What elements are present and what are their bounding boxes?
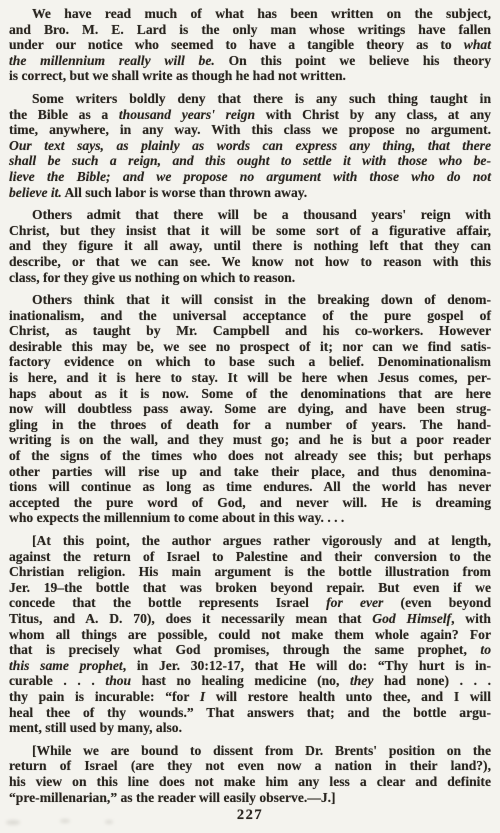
text-line: whom all things are possible, could not … [9,627,491,643]
text-segment: is here, and it is here to stay. It will… [9,370,491,385]
page-body: We have read much of what has been writt… [9,6,491,805]
paragraph: Others think that it will consist in the… [9,292,491,526]
text-segment: (even beyond [383,595,491,610]
scan-smudge [105,820,113,824]
text-segment: that is precisely what God promises, thr… [9,642,480,657]
text-line: Titus, and A. D. 70), does it necessaril… [9,611,491,627]
text-segment: tions will continue as long as time endu… [9,479,491,494]
scanned-book-page: We have read much of what has been writt… [0,0,500,833]
text-line: haps about as it is now. Some of the den… [9,386,491,402]
text-segment: class, for they give us nothing on which… [9,270,295,285]
text-segment: gling in the throes of death for a numbe… [9,417,491,432]
text-segment: concede that the bottle represents Israe… [9,595,326,610]
text-line: Christ, as taught by Mr. Campbell and hi… [9,323,491,339]
text-line: heal thee of thy wounds.” That answers t… [9,705,491,721]
text-segment: whom all things are possible, could not … [9,627,491,642]
text-line: Our text says, as plainly as words can e… [9,138,491,154]
text-segment: [At this point, the author argues rather… [32,533,491,548]
text-line: curable . . . thou hast no healing medic… [9,673,491,689]
text-line: Christian religion. His main argument is… [9,564,491,580]
paragraph: Others admit that there will be a thousa… [9,207,491,285]
text-segment: Some writers boldly deny that there is a… [32,91,491,106]
text-line: that is precisely what God promises, thr… [9,642,491,658]
text-segment: Jer. 19–the bottle that was broken beyon… [9,580,491,595]
text-line: his view on this line does not make him … [9,774,491,790]
text-segment: is correct, but we shall write as though… [9,68,346,83]
text-line: against the return of Israel to Palestin… [9,549,491,565]
text-line: “pre-millenarian,” as the reader will ea… [9,790,491,806]
text-line: Christ, but they insist that it will be … [9,223,491,239]
text-segment: All such labor is worse than thrown away… [62,185,307,200]
text-line: Jer. 19–the bottle that was broken beyon… [9,580,491,596]
text-segment: , in Jer. 30:12-17, that He will do: “Th… [123,658,491,673]
italic-text-segment: God Himself [372,611,451,626]
text-segment: under our notice who seemed to have a ta… [9,37,464,52]
text-line: We have read much of what has been writt… [9,6,491,22]
text-line: time, anywhere, in any way. With this cl… [9,122,491,138]
text-line: and Bro. M. E. Lard is the only man whos… [9,22,491,38]
paragraph: [At this point, the author argues rather… [9,533,491,736]
text-segment: desirable this may be, we see no prospec… [9,339,491,354]
text-line: who expects the millennium to come about… [9,510,491,526]
text-segment: and Bro. M. E. Lard is the only man whos… [9,22,491,37]
text-segment: haps about as it is now. Some of the den… [9,386,491,401]
text-segment: time, anywhere, in any way. With this cl… [9,122,491,137]
text-segment: hast no healing medicine (no, [131,673,350,688]
text-line: is correct, but we shall write as though… [9,68,491,84]
text-line: inationalism, and the universal acceptan… [9,308,491,324]
italic-text-segment: what [464,37,491,52]
paragraph: We have read much of what has been writt… [9,6,491,84]
text-line: tions will continue as long as time endu… [9,479,491,495]
italic-text-segment: they [350,673,373,688]
text-segment: and they figure it all away, until there… [9,238,491,253]
scan-smudge [6,820,20,825]
text-line: lieve the Bible; and we propose no argum… [9,169,491,185]
text-line: now will doubtless pass away. Some are d… [9,401,491,417]
page-number: 227 [9,808,491,824]
text-line: ment, still used by many, also. [9,720,491,736]
text-line: of the signs of the times who does not a… [9,448,491,464]
text-segment: describe, or that we can see. We know no… [9,254,491,269]
text-segment: inationalism, and the universal acceptan… [9,308,491,323]
text-line: factory evidence on which to base such a… [9,354,491,370]
text-line: gling in the throes of death for a numbe… [9,417,491,433]
text-segment: will restore health unto thee, and I wil… [205,689,491,704]
text-line: and they figure it all away, until there… [9,238,491,254]
text-line: the Bible as a thousand years' reign wit… [9,107,491,123]
text-line: under our notice who seemed to have a ta… [9,37,491,53]
text-segment: On this point we believe his theory [215,53,491,68]
text-line: Others think that it will consist in the… [9,292,491,308]
text-line: this same prophet, in Jer. 30:12-17, tha… [9,658,491,674]
text-line: describe, or that we can see. We know no… [9,254,491,270]
text-segment: other parties will rise up and take thei… [9,464,491,479]
text-segment: “pre-millenarian,” as the reader will ea… [9,790,336,805]
text-segment: return of Israel (are they not even now … [9,758,491,773]
text-line: class, for they give us nothing on which… [9,270,491,286]
text-segment: his view on this line does not make him … [9,774,491,789]
text-line: thy pain is incurable: “for I will resto… [9,689,491,705]
text-segment: curable . . . [9,673,105,688]
italic-text-segment: thou [105,673,131,688]
text-line: the millennium really will be. On this p… [9,53,491,69]
text-segment: Others think that it will consist in the… [32,292,491,307]
text-segment: with Christ by any class, at any [255,107,491,122]
italic-text-segment: lieve the Bible; and we propose no argum… [9,169,491,184]
text-segment: had none) . . . [373,673,491,688]
italic-text-segment: the millennium really will be. [9,53,215,68]
text-segment: accepted the pure word of God, and never… [9,495,491,510]
text-segment: Christ, as taught by Mr. Campbell and hi… [9,323,491,338]
text-segment: the Bible as a [9,107,119,122]
text-segment: writing is on the wall, and they must go… [9,432,491,447]
text-line: [At this point, the author argues rather… [9,533,491,549]
italic-text-segment: shall be such a reign, and this ought to… [9,153,491,168]
text-segment: Christ, but they insist that it will be … [9,223,491,238]
text-line: believe it. All such labor is worse than… [9,185,491,201]
text-line: [While we are bound to dissent from Dr. … [9,743,491,759]
text-segment: , with [451,611,491,626]
text-line: desirable this may be, we see no prospec… [9,339,491,355]
text-line: writing is on the wall, and they must go… [9,432,491,448]
text-line: return of Israel (are they not even now … [9,758,491,774]
scan-smudge [60,819,70,823]
text-segment: against the return of Israel to Palestin… [9,549,491,564]
text-line: concede that the bottle represents Israe… [9,595,491,611]
text-line: shall be such a reign, and this ought to… [9,153,491,169]
text-segment: We have read much of what has been writt… [32,6,491,21]
text-segment: thy pain is incurable: “for [9,689,200,704]
text-segment: of the signs of the times who does not a… [9,448,491,463]
text-line: other parties will rise up and take thei… [9,464,491,480]
text-segment: who expects the millennium to come about… [9,510,344,525]
text-segment: ment, still used by many, also. [9,720,182,735]
text-segment: [While we are bound to dissent from Dr. … [32,743,491,758]
paragraph: Some writers boldly deny that there is a… [9,91,491,200]
text-segment: heal thee of thy wounds.” That answers t… [9,705,491,720]
text-segment: factory evidence on which to base such a… [9,354,491,369]
paragraph: [While we are bound to dissent from Dr. … [9,743,491,805]
italic-text-segment: to [480,642,491,657]
italic-text-segment: thousand years' reign [119,107,255,122]
text-segment: Others admit that there will be a thousa… [32,207,491,222]
italic-text-segment: for ever [326,595,383,610]
text-segment: now will doubtless pass away. Some are d… [9,401,491,416]
italic-text-segment: believe it. [9,185,62,200]
text-line: Some writers boldly deny that there is a… [9,91,491,107]
italic-text-segment: Our text says, as plainly as words can e… [9,138,491,153]
text-segment: Titus, and A. D. 70), does it necessaril… [9,611,372,626]
text-line: Others admit that there will be a thousa… [9,207,491,223]
italic-text-segment: this same prophet [9,658,123,673]
text-line: accepted the pure word of God, and never… [9,495,491,511]
text-line: is here, and it is here to stay. It will… [9,370,491,386]
text-segment: Christian religion. His main argument is… [9,564,491,579]
